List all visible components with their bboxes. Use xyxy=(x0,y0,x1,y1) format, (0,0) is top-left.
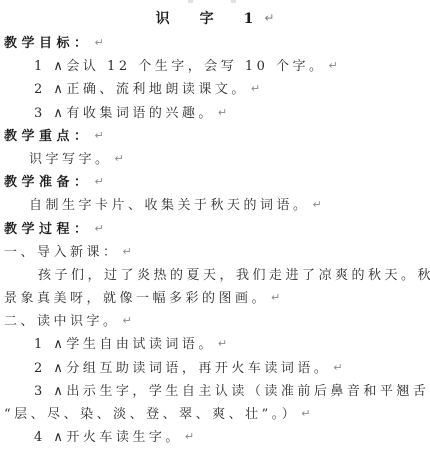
paragraph-mark-icon: ↵ xyxy=(123,240,132,263)
paragraph-mark-icon: ↵ xyxy=(185,425,194,448)
line-text: 3 ∧有收集词语的兴趣。 xyxy=(34,106,215,121)
paragraph-mark-icon: ↵ xyxy=(95,217,104,240)
paragraph-mark-icon: ↵ xyxy=(251,77,260,100)
text-line: 一、导入新课：↵ xyxy=(0,241,430,264)
line-text: 3 ∧出示生字，学生自主认读（读准前后鼻音和平翘舌音的 xyxy=(34,384,430,399)
line-text: 4 ∧开火车读生字。 xyxy=(34,430,182,445)
line-text: “层、尽、染、淡、登、翠、爽、壮”。） xyxy=(4,407,298,422)
paragraph-mark-icon: ↵ xyxy=(264,6,274,30)
line-text: 孩子们，过了炎热的夏天，我们走进了凉爽的秋天。秋天 xyxy=(38,268,430,283)
text-line: 孩子们，过了炎热的夏天，我们走进了凉爽的秋天。秋天 xyxy=(0,264,430,287)
text-line: 景象真美呀，就像一幅多彩的图画。↵ xyxy=(0,287,430,310)
paragraph-mark-icon: ↵ xyxy=(313,193,322,216)
text-line: 3 ∧出示生字，学生自主认读（读准前后鼻音和平翘舌音的 xyxy=(0,380,430,403)
line-text: 自制生字卡片、收集关于秋天的词语。 xyxy=(29,198,310,213)
paragraph-mark-icon: ↵ xyxy=(123,309,132,332)
line-text: 教学重点： xyxy=(4,129,92,144)
page-title: 识 字 1 xyxy=(156,11,262,27)
text-line: 3 ∧有收集词语的兴趣。↵ xyxy=(0,102,430,125)
line-text: 二、读中识字。 xyxy=(4,314,120,329)
line-text: 一、导入新课： xyxy=(4,245,120,260)
text-line: 二、读中识字。↵ xyxy=(0,310,430,333)
document-page: 识 字 1↵ 教学目标：↵1 ∧会认 12 个生字，会写 10 个字。↵2 ∧正… xyxy=(0,0,430,454)
paragraph-mark-icon: ↵ xyxy=(271,286,280,309)
line-text: 景象真美呀，就像一幅多彩的图画。 xyxy=(4,291,268,306)
document-title-line: 识 字 1↵ xyxy=(0,0,430,32)
line-text: 1 ∧学生自由试读词语。 xyxy=(34,337,215,352)
text-line: 识字写字。↵ xyxy=(0,148,430,171)
paragraph-mark-icon: ↵ xyxy=(95,124,104,147)
text-line: 教学目标：↵ xyxy=(0,32,430,55)
paragraph-mark-icon: ↵ xyxy=(329,54,338,77)
clipped-previous-line-mark xyxy=(231,0,236,3)
text-line: “层、尽、染、淡、登、翠、爽、壮”。）↵ xyxy=(0,403,430,426)
text-line: 教学准备：↵ xyxy=(0,171,430,194)
line-text: 教学目标： xyxy=(4,36,92,51)
text-line: 2 ∧分组互助读词语，再开火车读词语。↵ xyxy=(0,357,430,380)
text-line: 2 ∧正确、流利地朗读课文。↵ xyxy=(0,78,430,101)
paragraph-mark-icon: ↵ xyxy=(95,31,104,54)
line-text: 2 ∧正确、流利地朗读课文。 xyxy=(34,82,248,97)
text-line: 教学重点：↵ xyxy=(0,125,430,148)
line-text: 1 ∧会认 12 个生字，会写 10 个字。 xyxy=(34,59,326,74)
line-text: 教学过程： xyxy=(4,222,92,237)
paragraph-mark-icon: ↵ xyxy=(301,402,310,425)
clipped-previous-line-mark xyxy=(188,0,193,3)
text-line: 1 ∧会认 12 个生字，会写 10 个字。↵ xyxy=(0,55,430,78)
text-line: 教学过程：↵ xyxy=(0,218,430,241)
document-body: 教学目标：↵1 ∧会认 12 个生字，会写 10 个字。↵2 ∧正确、流利地朗读… xyxy=(0,32,430,449)
paragraph-mark-icon: ↵ xyxy=(218,101,227,124)
paragraph-mark-icon: ↵ xyxy=(333,356,342,379)
line-text: 识字写字。 xyxy=(29,152,112,167)
paragraph-mark-icon: ↵ xyxy=(95,170,104,193)
paragraph-mark-icon: ↵ xyxy=(115,147,124,170)
paragraph-mark-icon: ↵ xyxy=(218,332,227,355)
text-line: 1 ∧学生自由试读词语。↵ xyxy=(0,333,430,356)
text-line: 4 ∧开火车读生字。↵ xyxy=(0,426,430,449)
line-text: 2 ∧分组互助读词语，再开火车读词语。 xyxy=(34,361,330,376)
text-line: 自制生字卡片、收集关于秋天的词语。↵ xyxy=(0,194,430,217)
line-text: 教学准备： xyxy=(4,175,92,190)
